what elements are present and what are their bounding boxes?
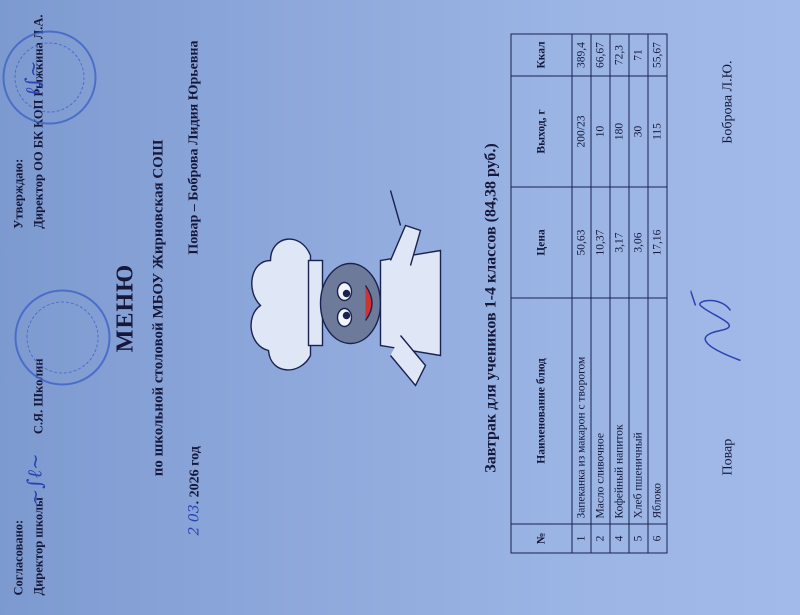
cook-name: Повар – Боброва Лидия Юрьевна [186,40,202,254]
row-yield: 30 [629,76,648,187]
row-number: 2 [591,524,610,553]
row-dish-name: Яблоко [648,298,667,524]
cook-signature [690,285,750,365]
menu-date: 2 03. 2026 год [186,446,203,535]
row-dish-name: Запеканка из макарон с творогом [572,298,591,524]
row-number: 4 [610,524,629,553]
table-row: 4 Кофейный напиток 3,17 180 72,3 [610,34,629,553]
row-number: 5 [629,524,648,553]
table-row: 5 Хлеб пшеничный 3,06 30 71 [629,34,648,553]
menu-table: № Наименование блюд Цена Выход, г Ккал 1… [510,33,667,553]
table-row: 6 Яблоко 17,16 115 55,67 [648,34,667,553]
page-subtitle: по школьной столовой МБОУ Жирновская СОШ [150,0,167,615]
header-number: № [511,524,572,553]
row-kcal: 66,67 [591,34,610,76]
row-dish-name: Масло сливочное [591,298,610,524]
page-title: МЕНЮ [112,0,139,615]
row-dish-name: Кофейный напиток [610,298,629,524]
header-price: Цена [511,187,572,298]
row-price: 10,37 [591,187,610,298]
row-price: 3,06 [629,187,648,298]
row-price: 3,17 [610,187,629,298]
table-header-row: № Наименование блюд Цена Выход, г Ккал [511,34,572,553]
chef-illustration [240,185,460,415]
table-row: 1 Запеканка из макарон с творогом 50,63 … [572,34,591,553]
row-kcal: 389,4 [572,34,591,76]
row-yield: 115 [648,76,667,187]
printed-date: . 2026 год [187,446,202,504]
header-yield: Выход, г [511,76,572,187]
row-kcal: 71 [629,34,648,76]
company-stamp [2,30,96,124]
row-number: 1 [572,524,591,553]
row-kcal: 55,67 [648,34,667,76]
row-kcal: 72,3 [610,34,629,76]
meal-title: Завтрак для учеников 1-4 классов (84,38 … [482,0,500,615]
row-yield: 200/23 [572,76,591,187]
row-dish-name: Хлеб пшеничный [629,298,648,524]
director-signature: ~∫ℓ~ [22,453,47,505]
footer-cook-role: Повар [720,438,736,475]
row-price: 17,16 [648,187,667,298]
header-dish-name: Наименование блюд [511,298,572,524]
head-signature: ℓ∫~ [20,60,45,96]
handwritten-date: 2 03 [186,504,202,535]
row-yield: 10 [591,76,610,187]
table-row: 2 Масло сливочное 10,37 10 66,67 [591,34,610,553]
row-number: 6 [648,524,667,553]
row-price: 50,63 [572,187,591,298]
school-stamp [14,289,110,385]
menu-document: Согласовано: Директор школы С.Я. Школин … [0,0,800,615]
header-kcal: Ккал [511,34,572,76]
row-yield: 180 [610,76,629,187]
footer-cook-name: Боброва Л.Ю. [720,60,736,143]
